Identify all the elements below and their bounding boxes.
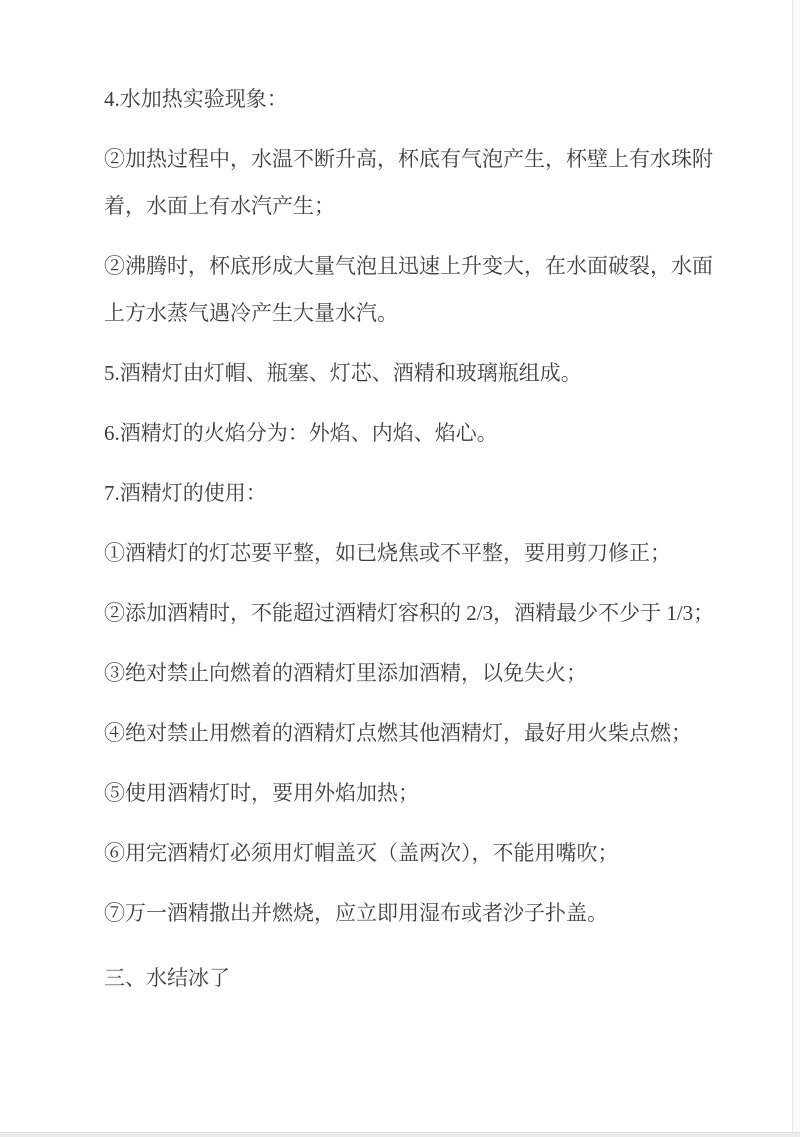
document-line: ④绝对禁止用燃着的酒精灯点燃其他酒精灯，最好用火柴点燃； (104, 710, 674, 757)
document-line: ⑤使用酒精灯时，要用外焰加热； (104, 770, 674, 817)
document-line: 7.酒精灯的使用： (104, 470, 674, 517)
document-paragraph: ③绝对禁止向燃着的酒精灯里添加酒精，以免失火； (104, 650, 674, 697)
document-line: 上方水蒸气遇冷产生大量水汽。 (104, 290, 674, 337)
document-paragraph: ②沸腾时，杯底形成大量气泡且迅速上升变大，在水面破裂，水面 上方水蒸气遇冷产生大… (104, 243, 674, 337)
document-paragraph: ⑤使用酒精灯时，要用外焰加热； (104, 770, 674, 817)
document-line: 5.酒精灯由灯帽、瓶塞、灯芯、酒精和玻璃瓶组成。 (104, 350, 674, 397)
document-paragraph: ①酒精灯的灯芯要平整，如已烧焦或不平整，要用剪刀修正； (104, 530, 674, 577)
document-paragraph: ⑥用完酒精灯必须用灯帽盖灭（盖两次），不能用嘴吹； (104, 830, 674, 877)
document-paragraph: 5.酒精灯由灯帽、瓶塞、灯芯、酒精和玻璃瓶组成。 (104, 350, 674, 397)
document-line: ①酒精灯的灯芯要平整，如已烧焦或不平整，要用剪刀修正； (104, 530, 674, 577)
document-line: 6.酒精灯的火焰分为：外焰、内焰、焰心。 (104, 410, 674, 457)
document-paragraph: 6.酒精灯的火焰分为：外焰、内焰、焰心。 (104, 410, 674, 457)
document-paragraph: 4.水加热实验现象： (104, 76, 674, 123)
document-line: 4.水加热实验现象： (104, 76, 674, 123)
document-content: 4.水加热实验现象： ②加热过程中，水温不断升高，杯底有气泡产生，杯壁上有水珠附… (104, 76, 674, 1015)
document-paragraph: ⑦万一酒精撒出并燃烧，应立即用湿布或者沙子扑盖。 (104, 890, 674, 937)
document-line: ②加热过程中，水温不断升高，杯底有气泡产生，杯壁上有水珠附 (104, 136, 674, 183)
document-line: ⑥用完酒精灯必须用灯帽盖灭（盖两次），不能用嘴吹； (104, 830, 674, 877)
document-paragraph: ④绝对禁止用燃着的酒精灯点燃其他酒精灯，最好用火柴点燃； (104, 710, 674, 757)
document-line: ②添加酒精时，不能超过酒精灯容积的 2/3，酒精最少不少于 1/3； (104, 590, 674, 637)
document-line: 三、水结冰了 (104, 955, 674, 1002)
document-line: ②沸腾时，杯底形成大量气泡且迅速上升变大，在水面破裂，水面 (104, 243, 674, 290)
document-line: ③绝对禁止向燃着的酒精灯里添加酒精，以免失火； (104, 650, 674, 697)
page-bottom-edge (0, 1132, 800, 1137)
document-line: 着，水面上有水汽产生； (104, 183, 674, 230)
document-line: ⑦万一酒精撒出并燃烧，应立即用湿布或者沙子扑盖。 (104, 890, 674, 937)
document-paragraph: ②加热过程中，水温不断升高，杯底有气泡产生，杯壁上有水珠附 着，水面上有水汽产生… (104, 136, 674, 230)
document-paragraph: ②添加酒精时，不能超过酒精灯容积的 2/3，酒精最少不少于 1/3； (104, 590, 674, 637)
document-section-heading: 三、水结冰了 (104, 955, 674, 1002)
document-paragraph: 7.酒精灯的使用： (104, 470, 674, 517)
page-right-edge (792, 0, 800, 1137)
